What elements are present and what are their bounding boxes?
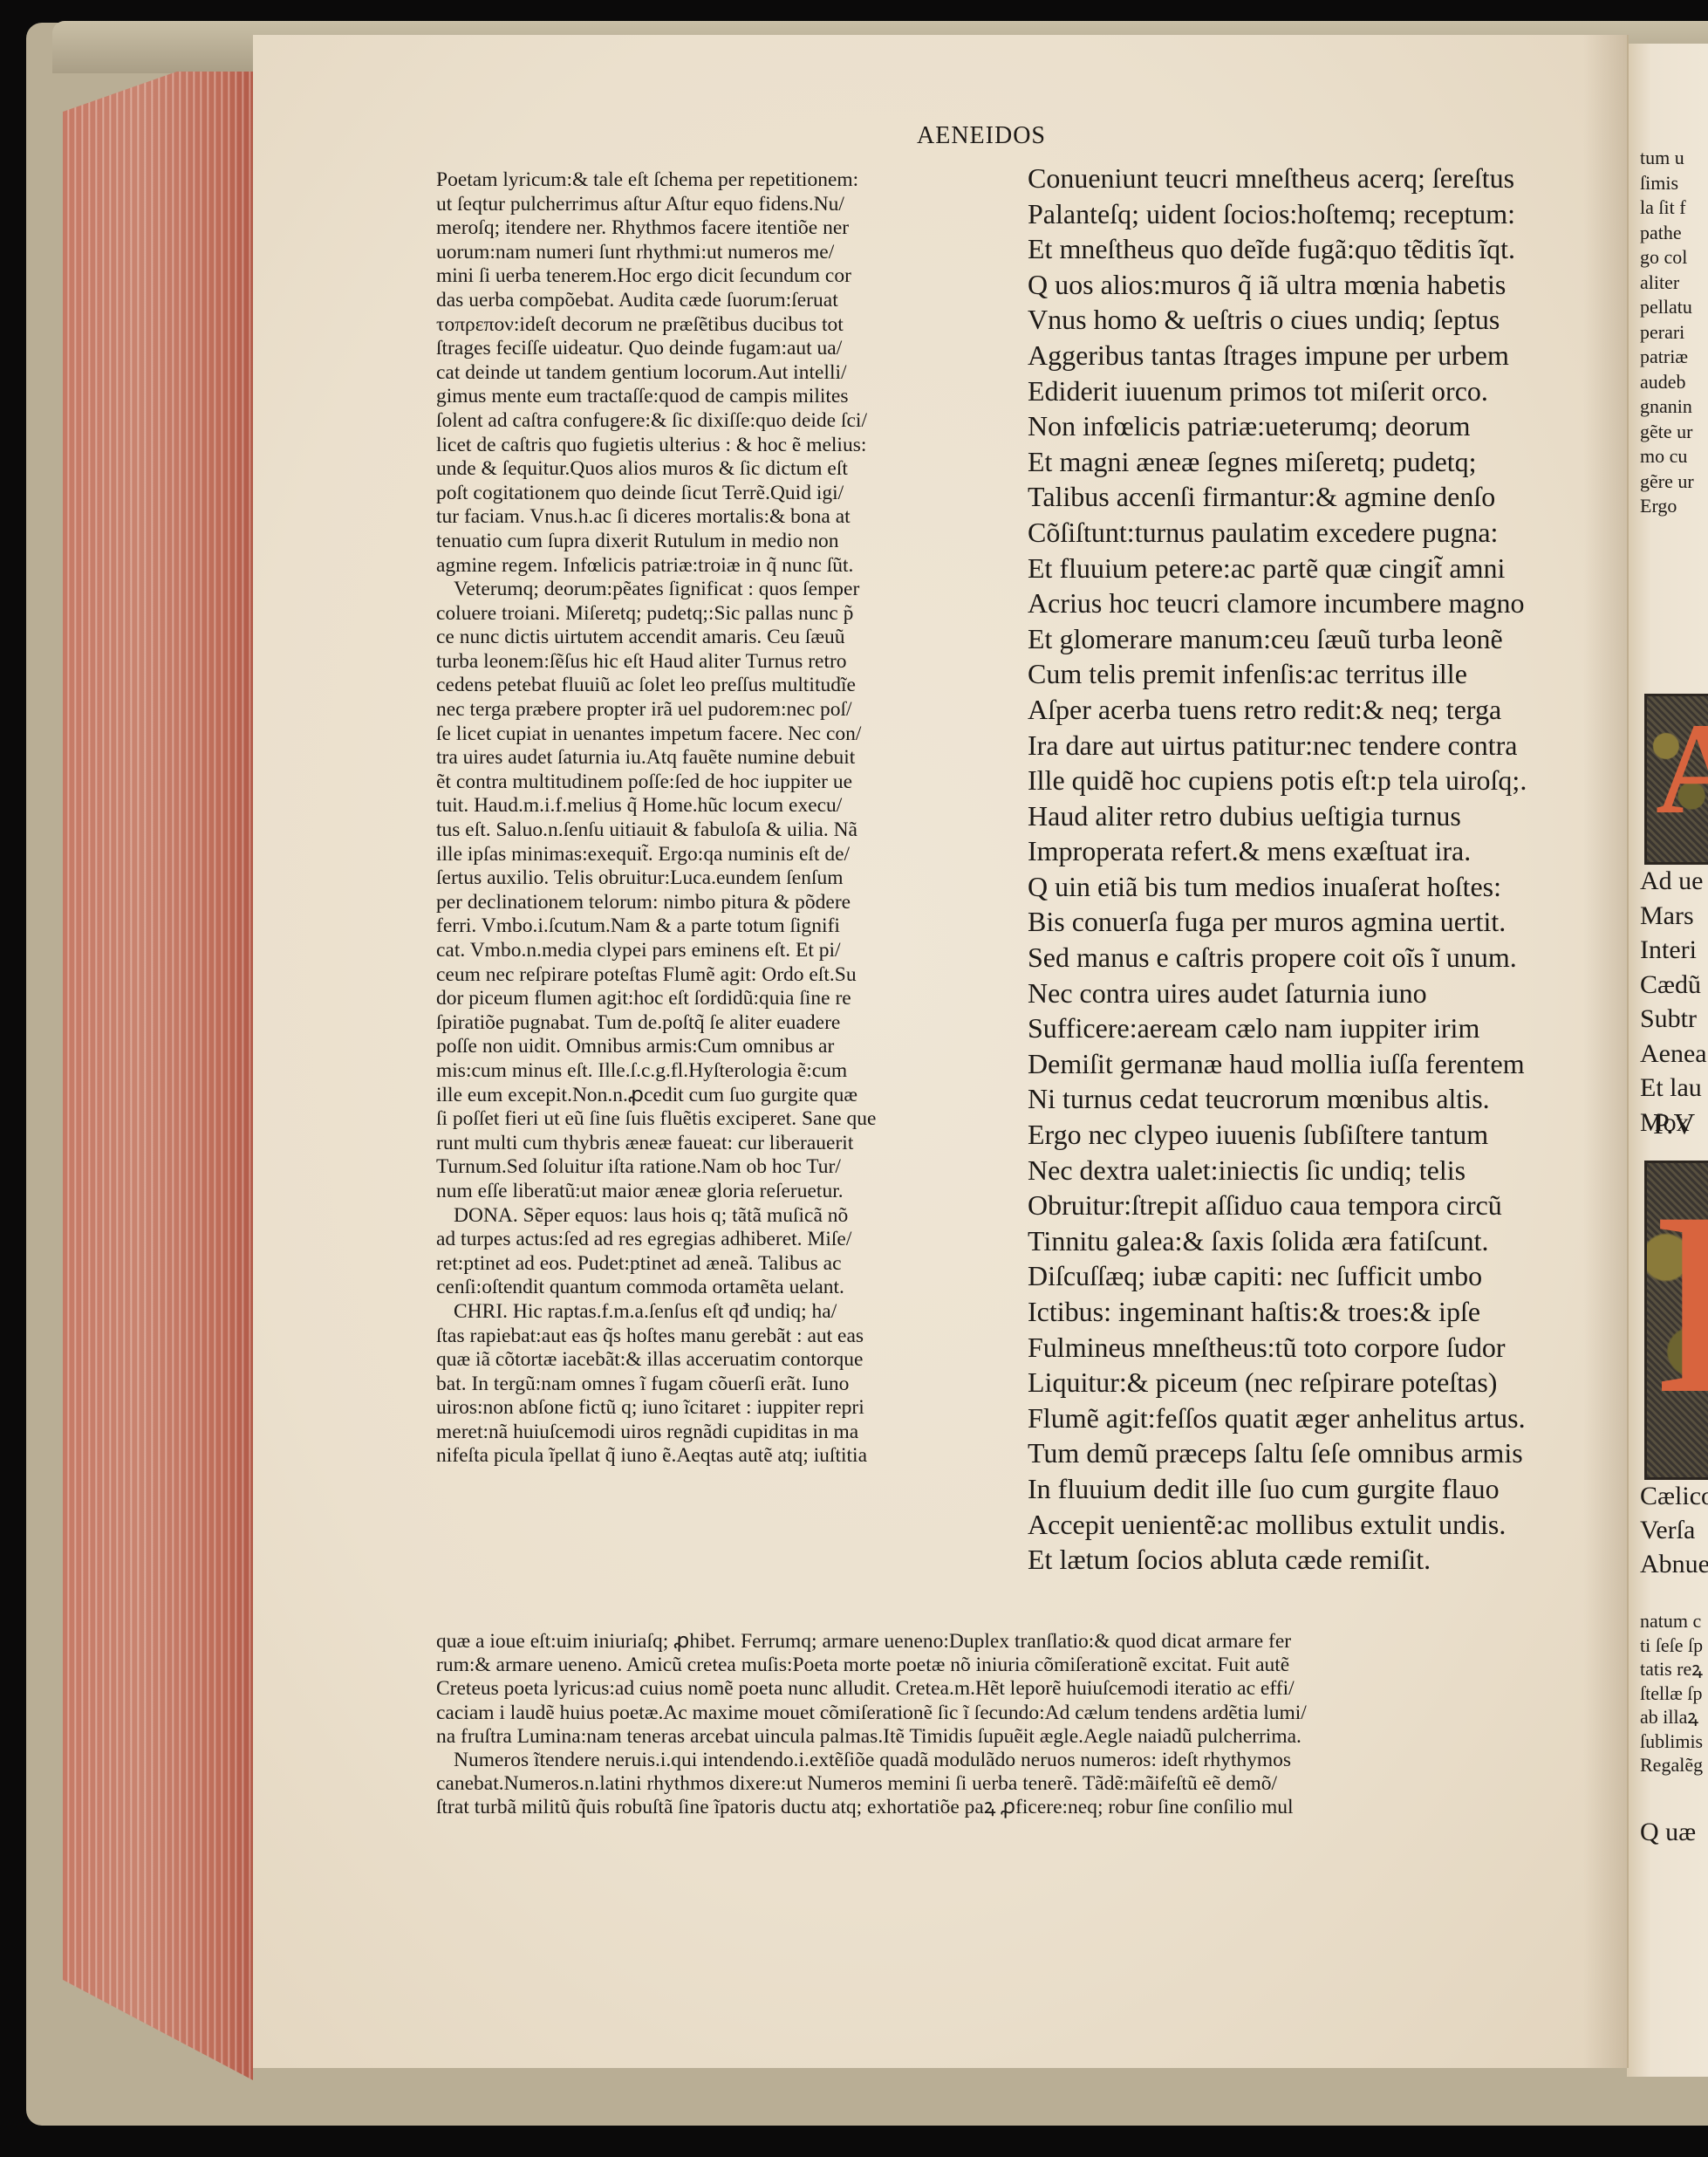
commentary-line: ſe licet cupiat in uenantes impetum face… xyxy=(436,722,1029,747)
right-page-fragment: Verſa xyxy=(1640,1513,1695,1549)
commentary-line: runt multi cum thybris æneæ faueat: cur … xyxy=(436,1132,1029,1156)
right-page-fragment: tum u xyxy=(1640,147,1684,169)
verse-line: Ni turnus cedat teucrorum mœnibus altis. xyxy=(1028,1081,1595,1117)
commentary-bottom-block: quæ a ioue eſt:uim iniuriaſq; ꝓhibet. Fe… xyxy=(436,1630,1596,1820)
verse-line: Accepit uenientẽ:ac mollibus extulit und… xyxy=(1028,1507,1595,1543)
right-page-fragment: Subtr xyxy=(1640,1002,1697,1037)
commentary-line: uorum:nam numeri ſunt rhythmi:ut numeros… xyxy=(436,241,1029,265)
commentary-line: cenſi:oſtendit quantum commoda ortamẽta … xyxy=(436,1276,1029,1300)
commentary-line: tuit. Haud.m.i.f.melius q̃ Home.hũc locu… xyxy=(436,794,1029,818)
commentary-line: ſtas rapiebat:aut eas q̃s hoſtes manu ge… xyxy=(436,1325,1029,1349)
commentary-line: cat deinde ut tandem gentium locorum.Aut… xyxy=(436,361,1029,386)
commentary-line: Veterumq; deorum:pẽates ſignificat : quo… xyxy=(436,578,1029,602)
right-page-fragment: pathe xyxy=(1640,222,1682,244)
right-page-fragment: tatis reꝝ xyxy=(1640,1658,1703,1681)
verse-line: Cõſiſtunt:turnus paulatim excedere pugna… xyxy=(1028,515,1595,551)
verse-line: Conueniunt teucri mneſtheus acerq; ſereſ… xyxy=(1028,161,1595,196)
right-page-fragment: patriæ xyxy=(1640,346,1688,368)
commentary-line: DONA. Sẽper equos: laus hois q; tãtã muſ… xyxy=(436,1204,1029,1229)
right-page-fragment: Q uæ xyxy=(1640,1815,1696,1851)
commentary-line: ẽt contra multitudinem poſſe:ſed de hoc … xyxy=(436,770,1029,795)
right-page-fragment: Mars xyxy=(1640,899,1694,935)
verse-line: Cum telis premit infenſis:ac territus il… xyxy=(1028,656,1595,692)
commentary-line: Numeros ĩtendere neruis.i.qui intendendo… xyxy=(436,1749,1596,1772)
commentary-line: ferri. Vmbo.i.ſcutum.Nam & a parte totum… xyxy=(436,914,1029,939)
verse-line: Sufficere:aeream cælo nam iuppiter irim xyxy=(1028,1010,1595,1046)
right-page-fragment: Interi xyxy=(1640,933,1697,969)
commentary-line: caciam i laudẽ huius poetæ.Ac maxime mou… xyxy=(436,1702,1596,1725)
commentary-column: Poetam lyricum:& tale eſt ſchema per rep… xyxy=(436,168,1029,1469)
right-page-fragment: ti ſeſe ſp xyxy=(1640,1634,1703,1657)
commentary-line: mis:cum minus eſt. Ille.ſ.c.g.fl.Hyſtero… xyxy=(436,1059,1029,1084)
verse-line: Et lætum ſocios abluta cæde remiſit. xyxy=(1028,1542,1595,1578)
commentary-line: Turnum.Sed ſoluitur iſta ratione.Nam ob … xyxy=(436,1155,1029,1180)
commentary-line: cat. Vmbo.n.media clypei pars eminens eſ… xyxy=(436,939,1029,963)
verse-line: Tinnitu galea:& ſaxis ſolida æra fatiſcu… xyxy=(1028,1223,1595,1259)
right-page-fragment: la ſit f xyxy=(1640,196,1686,219)
commentary-line: ad turpes actus:ſed ad res egregias adhi… xyxy=(436,1228,1029,1252)
commentary-line: ſpiratiõe pugnabat. Tum de.poſtq̃ ſe ali… xyxy=(436,1011,1029,1036)
illuminated-letter: F xyxy=(1656,1172,1708,1434)
red-page-fore-edge xyxy=(63,72,253,2080)
verse-line: Nec dextra ualet:iniectis ſic undiq; tel… xyxy=(1028,1153,1595,1188)
verse-line: Q uos alios:muros q̃ iã ultra mœnia habe… xyxy=(1028,267,1595,303)
commentary-line: canebat.Numeros.n.latini rhythmos dixere… xyxy=(436,1772,1596,1796)
verse-line: Non infœlicis patriæ:ueterumq; deorum xyxy=(1028,408,1595,444)
right-page-fragment: Abnue xyxy=(1640,1547,1708,1583)
verse-line: Tum demũ præceps ſaltu ſeſe omnibus armi… xyxy=(1028,1435,1595,1471)
right-page-fragment: natum c xyxy=(1640,1610,1701,1633)
right-page-fragment: gnanin xyxy=(1640,395,1692,418)
commentary-line: ſertus auxilio. Telis obruitur:Luca.eund… xyxy=(436,866,1029,891)
commentary-line: ſtrat turbã militũ q̃uis robuſtã ſine ĩp… xyxy=(436,1796,1596,1819)
illuminated-initial-f: F xyxy=(1644,1161,1708,1480)
verse-line: Nec contra uires audet ſaturnia iuno xyxy=(1028,976,1595,1011)
commentary-line: gimus mente eum tractaſſe:quod de campis… xyxy=(436,385,1029,409)
commentary-line: cedens petebat fluuiũ ac ſolet leo preſſ… xyxy=(436,674,1029,698)
right-page-fragment: go col xyxy=(1640,246,1687,269)
commentary-line: dor piceum flumen agit:hoc eſt ſordidũ:q… xyxy=(436,987,1029,1011)
right-page-fragment: Cædũ xyxy=(1640,968,1701,1003)
commentary-line: quæ iã cõtortæ iacebãt:& illas acceruati… xyxy=(436,1348,1029,1373)
right-page-fragment: ſimis xyxy=(1640,172,1678,195)
commentary-line: das uerba compõebat. Audita cæde ſuorum:… xyxy=(436,289,1029,313)
verse-line: Liquitur:& piceum (nec reſpirare poteſta… xyxy=(1028,1365,1595,1400)
verse-line: In fluuium dedit ille ſuo cum gurgite fl… xyxy=(1028,1471,1595,1507)
verse-line: Ediderit iuuenum primos tot miſerit orco… xyxy=(1028,373,1595,409)
commentary-line: licet de caſtris quo fugietis ulterius :… xyxy=(436,434,1029,458)
commentary-line: ceum nec reſpirare poteſtas Flumẽ agit: … xyxy=(436,963,1029,988)
verse-line: Obruitur:ſtrepit aſſiduo caua tempora ci… xyxy=(1028,1188,1595,1223)
verse-line: Diſcuſſæq; iubæ capiti: nec ſufficit umb… xyxy=(1028,1258,1595,1294)
commentary-line: ce nunc dictis uirtutem accendit amaris.… xyxy=(436,626,1029,650)
commentary-line: poſſe non uidit. Omnibus armis:Cum omnib… xyxy=(436,1035,1029,1059)
verse-line: Et magni æneæ ſegnes miſeretq; pudetq; xyxy=(1028,444,1595,480)
right-page-fragment: pellatu xyxy=(1640,296,1692,318)
verse-line: Flumẽ agit:feſſos quatit æger anhelitus … xyxy=(1028,1400,1595,1436)
right-page-fragment: perari xyxy=(1640,321,1684,344)
right-page-fragment: Regalẽg xyxy=(1640,1754,1703,1777)
commentary-line: meroſq; itendere ner. Rhythmos facere it… xyxy=(436,216,1029,241)
commentary-line: rum:& armare ueneno. Amicũ cretea muſis:… xyxy=(436,1654,1596,1677)
verse-line: Vnus homo & ueſtris o ciues undiq; ſeptu… xyxy=(1028,302,1595,338)
commentary-line: tus eſt. Saluo.n.ſenſu uitiauit & fabulo… xyxy=(436,818,1029,843)
commentary-line: unde & ſequitur.Quos alios muros & ſic d… xyxy=(436,457,1029,482)
right-page-fragment: ſublimis xyxy=(1640,1730,1703,1753)
commentary-line: Creteus poeta lyricus:ad cuius nomẽ poet… xyxy=(436,1677,1596,1701)
commentary-line: mini ſi uerba tenerem.Hoc ergo dicit ſec… xyxy=(436,264,1029,289)
right-page-fragment: audeb xyxy=(1640,371,1686,394)
right-page-fragment: Ergo xyxy=(1640,495,1677,517)
verse-line: Sed manus e caſtris propere coit oĩs ĩ u… xyxy=(1028,940,1595,976)
commentary-line: uiros:non abſone fictũ q; iuno ĩcitaret … xyxy=(436,1396,1029,1421)
right-page-fragment: Et lau xyxy=(1640,1071,1702,1106)
commentary-line: ſi poſſet fieri ut eũ ſine ſuis fluẽtis … xyxy=(436,1107,1029,1132)
verse-line: Ille quidẽ hoc cupiens potis eſt:p tela … xyxy=(1028,763,1595,798)
verse-line: Demiſit germanæ haud mollia iuſſa ferent… xyxy=(1028,1046,1595,1082)
commentary-line: turba leonem:ſẽſus hic eſt Haud aliter T… xyxy=(436,650,1029,674)
illuminated-initial-a: A xyxy=(1644,694,1708,865)
commentary-line: num eſſe liberatũ:ut maior æneæ gloria r… xyxy=(436,1180,1029,1204)
verse-column: Conueniunt teucri mneſtheus acerq; ſereſ… xyxy=(1028,161,1595,1578)
commentary-line: τοπρεπον:ideſt decorum ne præſẽtibus duc… xyxy=(436,313,1029,338)
verse-line: Ira dare aut uirtus patitur:nec tendere … xyxy=(1028,728,1595,764)
verse-line: Ictibus: ingeminant haſtis:& troes:& ipſ… xyxy=(1028,1294,1595,1330)
verse-line: Aſper acerba tuens retro redit:& neq; te… xyxy=(1028,692,1595,728)
verse-line: Fulmineus mneſtheus:tũ toto corpore ſudo… xyxy=(1028,1330,1595,1366)
commentary-line: nec terga præbere propter irã uel pudore… xyxy=(436,698,1029,722)
right-page-fragment: gẽte ur xyxy=(1640,421,1692,443)
right-page-fragment: aliter xyxy=(1640,271,1679,294)
commentary-line: CHRI. Hic raptas.f.m.a.ſenſus eſt qđ und… xyxy=(436,1300,1029,1325)
right-page-fragment: Cælico xyxy=(1640,1479,1708,1515)
verse-line: Haud aliter retro dubius ueſtigia turnus xyxy=(1028,798,1595,834)
commentary-line: ille eum excepit.Non.n.ꝓcedit cum ſuo gu… xyxy=(436,1084,1029,1108)
commentary-line: nifeſta picula ĩpellat q̃ iuno ẽ.Aeqtas … xyxy=(436,1444,1029,1469)
commentary-line: tenuatio cum ſupra dixerit Rutulum in me… xyxy=(436,530,1029,554)
commentary-line: per declinationem telorum: nimbo pitura … xyxy=(436,891,1029,915)
right-page-fragment: gẽre ur xyxy=(1640,470,1694,493)
commentary-line: ut ſeqtur pulcherrimus aſtur Aſtur equo … xyxy=(436,193,1029,217)
commentary-line: ſolent ad caſtra confugere:& ſic dixiſſe… xyxy=(436,409,1029,434)
commentary-line: coluere troiani. Miſeretq; pudetq;:Sic p… xyxy=(436,602,1029,627)
verse-line: Aggeribus tantas ſtrages impune per urbe… xyxy=(1028,338,1595,373)
commentary-line: bat. In tergũ:nam omnes ĩ fugam cõuerſi … xyxy=(436,1373,1029,1397)
commentary-line: agmine regem. Infœlicis patriæ:troiæ in … xyxy=(436,554,1029,579)
commentary-line: ille ipſas minimas:exequit̃. Ergo:qa num… xyxy=(436,843,1029,867)
verse-line: Talibus accenſi firmantur:& agmine denſo xyxy=(1028,479,1595,515)
verse-line: Bis conuerſa fuga per muros agmina uerti… xyxy=(1028,904,1595,940)
book-heading: P.V xyxy=(1653,1108,1695,1141)
verse-line: Q uin etiã bis tum medios inuaſerat hoſt… xyxy=(1028,869,1595,905)
commentary-line: meret:nã huiuſcemodi uiros regnãdi cupid… xyxy=(436,1421,1029,1445)
gutter xyxy=(1627,35,1629,2068)
verse-line: Palanteſq; uident ſocios:hoſtemq; recept… xyxy=(1028,196,1595,232)
commentary-line: ret:ptinet ad eos. Pudet:ptinet ad æneã.… xyxy=(436,1252,1029,1277)
commentary-line: quæ a ioue eſt:uim iniuriaſq; ꝓhibet. Fe… xyxy=(436,1630,1596,1654)
right-page-fragment: mo cu xyxy=(1640,445,1687,468)
right-page-fragment: ſtellæ ſp xyxy=(1640,1682,1703,1705)
commentary-line: Poetam lyricum:& tale eſt ſchema per rep… xyxy=(436,168,1029,193)
verse-line: Acrius hoc teucri clamore incumbere magn… xyxy=(1028,585,1595,621)
verse-line: Et mneſtheus quo deĩde fugã:quo tẽditis … xyxy=(1028,231,1595,267)
right-page-fragment: ab illaꝝ xyxy=(1640,1706,1698,1729)
illuminated-letter: A xyxy=(1656,703,1708,834)
commentary-line: poſt cogitationem quo deinde ſicut Terrẽ… xyxy=(436,482,1029,506)
verse-line: Improperata refert.& mens exæſtuat ira. xyxy=(1028,833,1595,869)
right-page-fragment: Aenea xyxy=(1640,1037,1707,1072)
verse-line: Et glomerare manum:ceu ſæuũ turba leonẽ xyxy=(1028,621,1595,657)
commentary-line: tra uires audet ſaturnia iu.Atq fauẽte n… xyxy=(436,746,1029,770)
verse-line: Ergo nec clypeo iuuenis ſubſiſtere tantu… xyxy=(1028,1117,1595,1153)
commentary-line: tur faciam. Vnus.h.ac ſi diceres mortali… xyxy=(436,505,1029,530)
right-page-fragment: Ad ue xyxy=(1640,864,1703,900)
commentary-line: ſtrages feciſſe uideatur. Quo deinde fug… xyxy=(436,337,1029,361)
commentary-line: na fruſtra Lumina:nam teneras arcebat ui… xyxy=(436,1725,1596,1749)
verse-line: Et fluuium petere:ac partẽ quæ cingit̃ a… xyxy=(1028,551,1595,586)
running-head: AENEIDOS xyxy=(872,122,1090,150)
